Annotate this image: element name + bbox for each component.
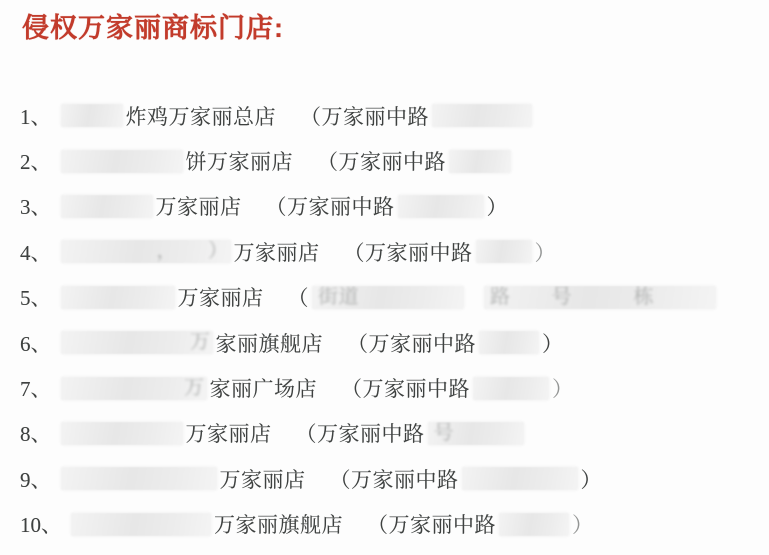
redacted-block (61, 467, 217, 490)
document-page: 侵权万家丽商标门店: 1、炸鸡万家丽总店（万家丽中路2、饼万家丽店（万家丽中路3… (0, 0, 769, 555)
redacted-block (449, 150, 511, 173)
item-text: 万家丽店 (186, 418, 272, 448)
item-text: （万家丽中路 (330, 464, 459, 494)
redacted-block (61, 422, 183, 445)
item-text: 饼万家丽店 (186, 146, 294, 176)
list-item: 4、， ）万家丽店（万家丽中路） (20, 229, 769, 274)
item-text: 万家丽店 (220, 464, 306, 494)
item-text: （万家丽中路 (341, 373, 470, 403)
item-text: （万家丽中路 (296, 418, 425, 448)
redacted-block (71, 513, 211, 536)
redacted-block (432, 104, 532, 127)
item-number: 5、 (20, 282, 52, 312)
item-number: 10、 (20, 509, 62, 539)
item-text: （万家丽中路 (344, 237, 473, 267)
list-item: 6、万家丽旗舰店（万家丽中路） (20, 320, 769, 365)
page-title: 侵权万家丽商标门店: (22, 6, 284, 45)
redacted-block (476, 240, 532, 263)
redacted-block (61, 195, 153, 218)
list-item: 3、万家丽店（万家丽中路） (20, 184, 769, 229)
ghost-text: 万 (184, 377, 205, 400)
item-text: 万家丽店 (156, 191, 242, 221)
item-text: ） (552, 373, 574, 403)
redacted-block (398, 195, 484, 218)
item-text: ） (535, 237, 557, 267)
item-text: 家丽旗舰店 (216, 328, 324, 358)
item-text: （万家丽中路 (347, 328, 476, 358)
redacted-block: ， ） (61, 240, 231, 263)
item-text: （万家丽中路 (300, 101, 429, 131)
list-item: 7、万家丽广场店（万家丽中路） (20, 365, 769, 410)
item-text: 万家丽旗舰店 (214, 509, 343, 539)
item-text: ） (572, 509, 594, 539)
item-text: （万家丽中路 (266, 191, 395, 221)
ghost-text: 街道 (318, 286, 359, 309)
redacted-block (473, 377, 549, 400)
item-text: 万家丽店 (234, 237, 320, 267)
item-text: ） (581, 464, 603, 494)
redacted-block (462, 467, 578, 490)
item-text: （万家丽中路 (317, 146, 446, 176)
ghost-text: 万 (190, 331, 211, 354)
ghost-text: 路 号 栋 (490, 286, 654, 309)
list-item: 8、万家丽店（万家丽中路号 (20, 411, 769, 456)
item-text: 家丽广场店 (210, 373, 318, 403)
redacted-block (61, 104, 123, 127)
list-item: 10、万家丽旗舰店（万家丽中路） (20, 502, 769, 547)
ghost-text: 号 (434, 422, 455, 445)
redacted-block: 路 号 栋 (484, 286, 716, 309)
store-list: 1、炸鸡万家丽总店（万家丽中路2、饼万家丽店（万家丽中路3、万家丽店（万家丽中路… (20, 93, 769, 547)
item-text: ） (542, 328, 564, 358)
item-number: 8、 (20, 418, 52, 448)
redacted-block (61, 150, 183, 173)
item-number: 2、 (20, 146, 52, 176)
list-item: 2、饼万家丽店（万家丽中路 (20, 138, 769, 183)
list-item: 5、万家丽店（街道路 号 栋 (20, 275, 769, 320)
list-item: 1、炸鸡万家丽总店（万家丽中路 (20, 93, 769, 138)
item-number: 4、 (20, 237, 52, 267)
ghost-text: ， ） (157, 240, 229, 263)
redacted-block: 万 (61, 331, 213, 354)
redacted-block (61, 286, 175, 309)
item-text: 万家丽店 (178, 282, 264, 312)
redacted-block (499, 513, 569, 536)
item-number: 9、 (20, 464, 52, 494)
redacted-block (479, 331, 539, 354)
item-text: （万家丽中路 (367, 509, 496, 539)
item-number: 7、 (20, 373, 52, 403)
redacted-block: 万 (61, 377, 207, 400)
item-number: 6、 (20, 328, 52, 358)
redacted-block: 号 (428, 422, 524, 445)
redacted-block: 街道 (312, 286, 464, 309)
list-item: 9、万家丽店（万家丽中路） (20, 456, 769, 501)
item-text: 炸鸡万家丽总店 (126, 101, 277, 131)
item-number: 1、 (20, 101, 52, 131)
item-text: （ (288, 282, 310, 312)
item-number: 3、 (20, 191, 52, 221)
item-text: ） (487, 191, 509, 221)
